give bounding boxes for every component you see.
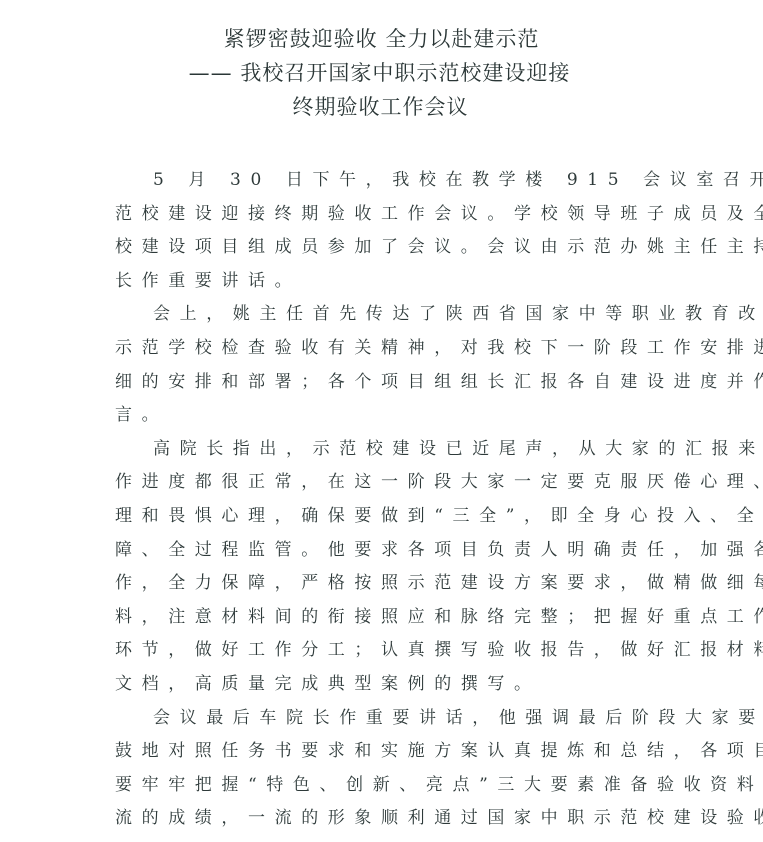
text-line: 高院长指出，示范校建设已近尾声，从大家的汇报来看，工	[115, 433, 655, 467]
title-subtitle-continued: 终期验收工作会议	[0, 90, 763, 124]
text-line: 作，全力保障，严格按照示范建设方案要求，做精做细每一份材	[115, 567, 655, 601]
text-line: 长作重要讲话。	[115, 265, 655, 299]
paragraph-1: 5 月 30 日下午，我校在教学楼 915 会议室召开国家中职示 范校建设迎接终…	[115, 164, 655, 298]
text-line: 5 月 30 日下午，我校在教学楼 915 会议室召开国家中职示	[115, 164, 655, 198]
text-line: 鼓地对照任务书要求和实施方案认真提炼和总结，各项目建设组	[115, 735, 655, 769]
article-body: 5 月 30 日下午，我校在教学楼 915 会议室召开国家中职示 范校建设迎接终…	[115, 164, 655, 836]
text-line: 作进度都很正常，在这一阶段大家一定要克服厌倦心理、自大心	[115, 466, 655, 500]
text-line: 料，注意材料间的衔接照应和脉络完整；把握好重点工作，重点	[115, 601, 655, 635]
text-line: 校建设项目组成员参加了会议。会议由示范办姚主任主持，车院	[115, 231, 655, 265]
text-line: 要牢牢把握“特色、创新、亮点”三大要素准备验收资料，以一	[115, 769, 655, 803]
text-line: 言。	[115, 399, 655, 433]
text-line: 流的成绩，一流的形象顺利通过国家中职示范校建设验收。	[115, 802, 655, 836]
text-line: 环节，做好工作分工；认真撰写验收报告，做好汇报材料的电子	[115, 634, 655, 668]
text-line: 示范学校检查验收有关精神，对我校下一阶段工作安排进行了详	[115, 332, 655, 366]
paragraph-2: 会上，姚主任首先传达了陕西省国家中等职业教育改革发展 示范学校检查验收有关精神，…	[115, 298, 655, 432]
text-line: 细的安排和部署；各个项目组组长汇报各自建设进度并作表态发	[115, 366, 655, 400]
text-line: 障、全过程监管。他要求各项目负责人明确责任，加强各部门合	[115, 534, 655, 568]
title-main: 紧锣密鼓迎验收 全力以赴建示范	[0, 22, 763, 56]
article-title: 紧锣密鼓迎验收 全力以赴建示范 —— 我校召开国家中职示范校建设迎接 终期验收工…	[0, 22, 763, 124]
text-line: 会议最后车院长作重要讲话，他强调最后阶段大家要紧锣密	[115, 702, 655, 736]
text-line: 文档，高质量完成典型案例的撰写。	[115, 668, 655, 702]
text-line: 会上，姚主任首先传达了陕西省国家中等职业教育改革发展	[115, 298, 655, 332]
paragraph-4: 会议最后车院长作重要讲话，他强调最后阶段大家要紧锣密 鼓地对照任务书要求和实施方…	[115, 702, 655, 836]
text-line: 理和畏惧心理，确保要做到“三全”，即全身心投入、全方位保	[115, 500, 655, 534]
title-subtitle: —— 我校召开国家中职示范校建设迎接	[0, 56, 763, 90]
paragraph-3: 高院长指出，示范校建设已近尾声，从大家的汇报来看，工 作进度都很正常，在这一阶段…	[115, 433, 655, 702]
text-line: 范校建设迎接终期验收工作会议。学校领导班子成员及全体示范	[115, 198, 655, 232]
